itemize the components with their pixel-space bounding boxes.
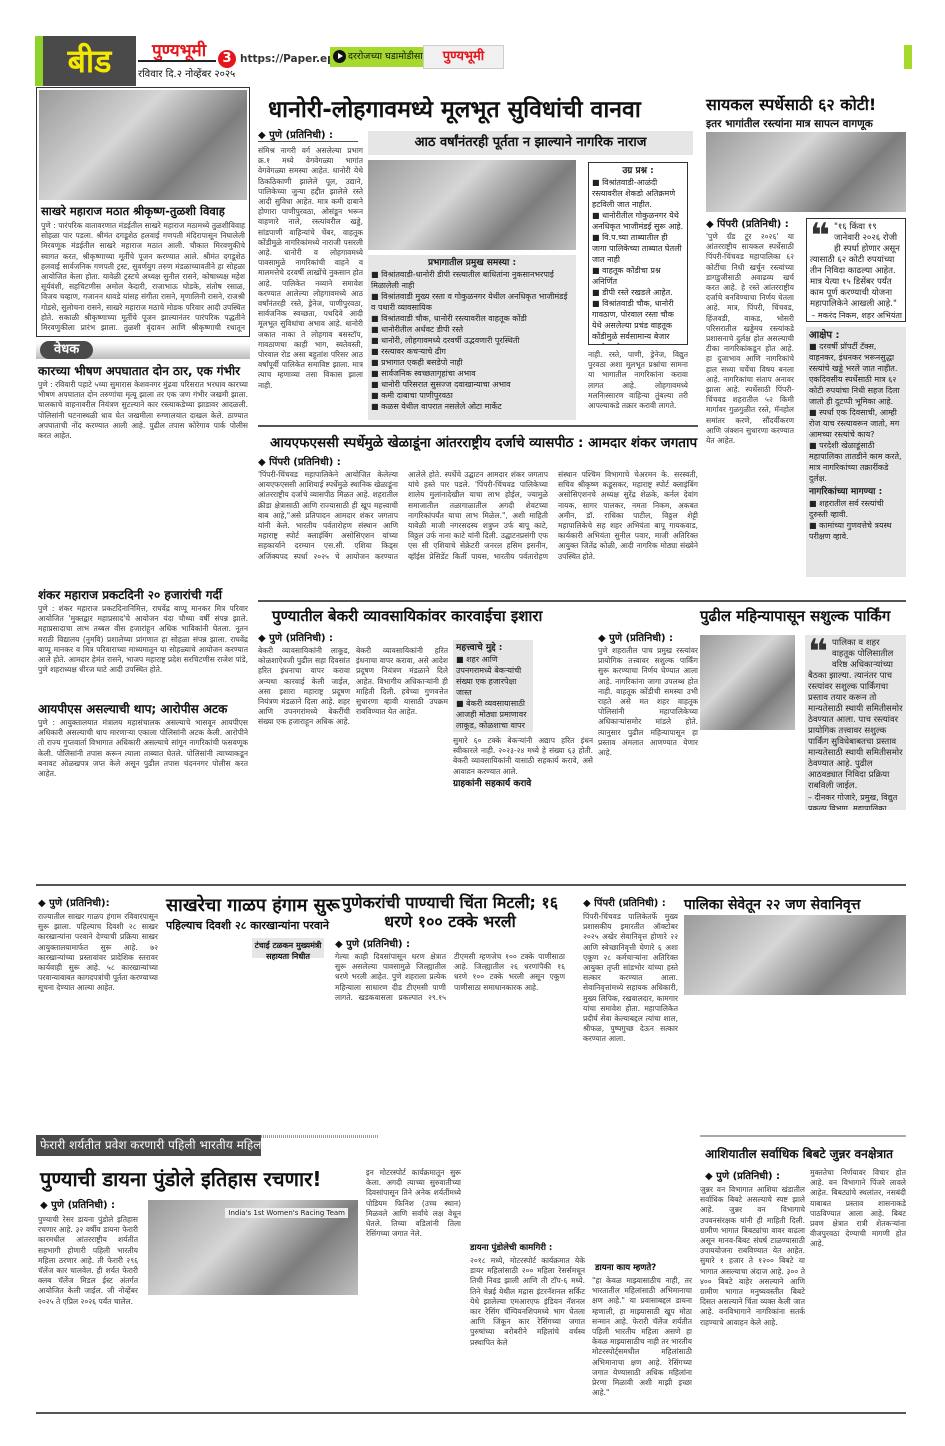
ifsc-body: 'पिंपरी-चिंचवड महापालिकेने आयोजित केलेल्…	[258, 470, 698, 588]
objection-item: ■ परदेशी खेळाडूंसाठी महापालिका तातडीने क…	[809, 440, 903, 484]
sakhre-body: पुणे : पारंपरिक वातावरणात मंडईतील साखरे …	[37, 221, 249, 333]
play-icon	[333, 50, 346, 63]
section-title: बीड जिल्हा	[43, 36, 136, 86]
point-item: ■ मोठ्या प्रमाणात धूर निर्माण होऊन हवेच्…	[456, 731, 530, 732]
photo-caption: India's 1st Women's Racing Team	[225, 1208, 348, 1218]
cycle-body: 'पुणे ग्रँड टूर २०२६' या आंतरराष्ट्रीय स…	[706, 232, 794, 577]
section-divider	[36, 884, 906, 886]
issue-item: ■ धानोरीतील अर्धवट डीपी रस्ते	[371, 324, 573, 335]
objection-item: ■ स्पर्धा एक दिवसाची, आम्ही रोज याच रस्त…	[809, 407, 903, 440]
leopard-body-cont: मुक्ततेचा निर्णयावर विचार होत आहे. वन वि…	[810, 1168, 906, 1410]
ifsc-dateline: ◆ पिंपरी (प्रतिनिधी) :	[258, 454, 341, 468]
vedhak-headline: कारच्या भीषण अपघातात दोन ठार, एक गंभीर	[38, 362, 240, 379]
ferrari-banner: फेरारी शर्यतीत प्रवेश करणारी पहिली भारती…	[36, 1135, 261, 1156]
dhanori-subheadline: आठ वर्षांनंतरही पूर्तता न झाल्याने नागरि…	[368, 131, 693, 155]
cycle-headline: सायकल स्पर्धेसाठी ६२ कोटी!	[706, 93, 876, 115]
ferrari-quote-title: डायना काय म्हणते?	[595, 1262, 656, 1273]
ferrari-headline: पुण्याची डायना पुंडोले इतिहास रचणार!	[40, 1165, 321, 1192]
sugar-headline: साखरेचा गाळप हंगाम सुरू	[166, 893, 340, 917]
issue-item: ■ कमी दाबाचा पाणीपुरवठा	[371, 390, 573, 401]
question-item: ■ वाहतूक कोंडीचा प्रश्न अनिर्णित	[592, 265, 684, 287]
cycle-dateline: ◆ पिंपरी (प्रतिनिधी) :	[706, 216, 789, 230]
expectation-item: ■ शहरातील सर्व रस्त्यांची दुरुस्ती व्हाव…	[809, 498, 903, 520]
bakery-points-box: महत्त्वाचे मुद्दे : ■ शहर आणि उपनगरामध्य…	[453, 640, 533, 732]
quote-author: – दीनकर गोजारे, प्रमुख, विद्युत प्रकल्प …	[808, 792, 903, 810]
page-bottom-rule	[36, 1412, 906, 1414]
expectations-title: नागरिकांच्या मागण्या :	[809, 487, 903, 498]
ferrari-photo: India's 1st Women's Racing Team	[148, 1200, 358, 1295]
dams-body: गेल्या काही दिवसांपासून धरण क्षेत्रात सु…	[335, 952, 565, 1122]
dhanori-questions-box: उग्र प्रश्न : ■ विश्रांतवाडी-आळंदी रस्त्…	[588, 162, 688, 345]
dhanori-dateline: ◆ पुणे (प्रतिनिधी) :	[258, 127, 333, 141]
section-divider	[700, 1135, 906, 1137]
ferrari-career-title: डायना पुंडोलेची कामगिरी :	[470, 1242, 552, 1253]
dams-headline: पुणेकरांची पाण्याची चिंता मिटली; १६ धरणे…	[340, 893, 560, 931]
ticker-banner[interactable]: दररोजच्या घडामोडीसाठी वाचत रहा...	[330, 47, 423, 67]
issue-date: रविवार दि.२ नोव्हेंबर २०२५	[138, 66, 235, 80]
bakery-body-cont: सुमारे ६० टक्के बेकऱ्यांनी अद्याप हरित इ…	[453, 736, 593, 774]
bakery-dateline: ◆ पुणे (प्रतिनिधी) :	[258, 630, 333, 644]
question-item: ■ डीपी रस्ते रखडले आहेत.	[592, 287, 684, 298]
ifsc-headline: आयएफएससी स्पर्धेमुळे खेळाडूंना आंतरराष्ट…	[270, 433, 697, 451]
leopard-dateline: ◆ पुणे (प्रतिनिधी) :	[705, 1168, 780, 1182]
point-item: ■ शहर आणि उपनगरामध्ये बेकऱ्यांची संख्या …	[456, 654, 530, 698]
retire-dateline: ◆ पिंपरी (प्रतिनिधी) :	[583, 895, 666, 909]
bakery-body: बेकरी व्यावसायिकांनी लाकूड, कोळशाऐवजी पु…	[258, 646, 448, 876]
cycle-objections-box: आक्षेप : ■ दरवर्षी प्रॉपर्टी टॅक्स, वाहन…	[806, 327, 906, 577]
cycle-subheadline: इतर भागांतील रस्त्यांना मात्र सापत्न वाग…	[706, 117, 873, 131]
sugar-dateline: ◆ पुणे (प्रतिनिधी):	[38, 895, 110, 909]
masthead-divider	[138, 60, 216, 62]
banner-pattern	[261, 1135, 379, 1138]
masthead-accent-bar	[35, 36, 43, 86]
shankar-headline: शंकर महाराज प्रकटदिनी २० हजारांची गर्दी	[38, 586, 222, 603]
question-item: ■ विश्रांतवाडी-आळंदी रस्त्यावरील शेकडो अ…	[592, 177, 684, 210]
sugar-box-title: टंचाई टळकन मुख्यमंत्री सहायता निधीत	[252, 938, 324, 958]
cycle-quote-box: ❝"१६ किंवा १९ जानेवारी २०२६ रोजी ही स्पर…	[806, 218, 906, 322]
retire-photo	[684, 915, 906, 995]
cycle-photo	[706, 132, 906, 212]
sugar-body: राज्यातील साखर गाळप हंगाम रविवारपासून सु…	[38, 912, 158, 1122]
retire-headline: पालिका सेवेतून २२ जण सेवानिवृत्त	[684, 895, 860, 914]
points-title: महत्त्वाचे मुद्दे :	[456, 643, 530, 654]
retire-body: पिंपरी-चिंचवड पालिकेतर्फे मुख्य प्रशासकी…	[583, 912, 678, 1122]
question-item: ■ वि.प.च्या ताब्यातील ही जागा पालिकेच्या…	[592, 232, 684, 265]
divider	[258, 141, 358, 142]
dams-dateline: ◆ पुणे (प्रतिनिधी) :	[335, 936, 410, 950]
ips-headline: आयपीएस असल्याची थाप; आरोपीस अटक	[38, 700, 227, 717]
question-item: ■ धानोरीतील गोकुळनगर येथे अनधिकृत भाजीमं…	[592, 210, 684, 232]
brand-logo[interactable]: पुण्यभूमी	[152, 38, 206, 61]
parking-quote-box: ❝पालिका व शहर वाहतूक पोलिसातील वरिष्ठ अध…	[805, 635, 906, 810]
section-divider	[258, 600, 906, 602]
section-divider	[258, 425, 698, 427]
quote-icon: ❝	[808, 638, 828, 666]
sakhre-headline: साखरे महाराज मठात श्रीकृष्ण-तुळशी विवाह	[37, 202, 249, 221]
vedhak-body: पुणे : रविवारी पहाटे ५च्या सुमारास केशवन…	[38, 380, 248, 580]
ips-body: पुणे : आयुक्तालयात मंत्रालय महासंचालक अस…	[38, 718, 248, 878]
issue-item: ■ विश्रांतवाडी मुख्य रस्ता व गोकुळनगर ये…	[371, 291, 573, 313]
page-number: 3	[218, 50, 236, 68]
quote-author: – मकरंद निकम, शहर अभियंता	[810, 310, 902, 321]
issue-item: ■ रस्त्यावर कचऱ्याचे ढीग	[371, 346, 573, 357]
sakhre-article-box: साखरे महाराज मठात श्रीकृष्ण-तुळशी विवाह …	[36, 87, 250, 337]
ferrari-body: पुण्याची रेसर डायना पुंडोले इतिहास रचणार…	[38, 1215, 138, 1415]
point-item: ■ बेकरी व्यवसायासाठी आजही मोठ्या प्रमाणा…	[456, 698, 530, 731]
objection-item: ■ दरवर्षी प्रॉपर्टी टॅक्स, वाहनकर, इंधनक…	[809, 341, 903, 407]
vedhak-tag: वेधक	[40, 341, 93, 359]
sakhre-photo	[39, 90, 247, 200]
dhanori-body-cont: नाही. रस्ते, पाणी, ड्रेनेज, विद्युत पुरव…	[588, 350, 688, 418]
parking-dateline: ◆ पुणे (प्रतिनिधी) :	[598, 630, 673, 644]
leopard-headline: आशियातील सर्वाधिक बिबटे जुन्नर वनक्षेत्र…	[705, 1145, 893, 1162]
issue-item: ■ विश्रांतवाडी चौक, धानोरी रस्त्यावरील व…	[371, 313, 573, 324]
sugar-subheadline: पहिल्याच दिवशी २८ कारखान्यांना परवाने	[166, 918, 329, 933]
question-item: ■ विश्रांतवाडी चौक, धानोरी गावठाण, पोरवा…	[592, 298, 684, 345]
epaper-thumbnail[interactable]: पुण्यभूमी	[423, 45, 504, 69]
objections-title: आक्षेप :	[809, 330, 903, 341]
parking-body: पुणे शहरातील पाच प्रमुख रस्त्यांवर प्राय…	[598, 646, 698, 876]
bakery-subtitle: ग्राहकांनी सहकार्य करावे	[453, 776, 531, 789]
parking-photo	[700, 635, 795, 730]
issue-item: ■ विश्रांतवाडी-धानोरी डीपी रस्त्यातील बा…	[371, 269, 573, 291]
dhanori-headline: धानोरी-लोहगावमध्ये मूलभूत सुविधांची वानव…	[268, 92, 641, 124]
dhanori-body: संमिश्र नागरी वर्ग असलेल्या प्रभाग क्र.१…	[258, 146, 363, 418]
bakery-headline: पुण्यातील बेकरी व्यावसायिकांवर कारवाईचा …	[272, 606, 542, 626]
issue-item: ■ प्रभागात एकही बसडेपो नाही	[371, 357, 573, 368]
quote-icon: ❝	[810, 222, 830, 250]
issue-item: ■ धानोरी, लोहगावमध्ये दरवर्षी उद्भवणारी …	[371, 335, 573, 346]
thumb-brand: पुण्यभूमी	[443, 49, 484, 64]
issue-item: ■ सार्वजनिक स्वच्छतागृहांचा अभाव	[371, 368, 573, 379]
leopard-body: जुन्नर वन विभागात आशिया खंडातील सर्वाधिक…	[700, 1185, 805, 1410]
expectation-item: ■ कामांच्या गुणवत्तेचे त्रयस्थ परीक्षण व…	[809, 520, 903, 542]
questions-title: उग्र प्रश्न :	[592, 166, 684, 177]
ferrari-quote: "हा केवळ माझ्यासाठीच नाही, तर भारतातील म…	[592, 1276, 692, 1406]
issue-item: ■ धानोरी परिसरात सुसज्ज दवाखान्याचा अभाव	[371, 379, 573, 390]
issue-item: ■ कळस येथील वापरात नसलेले ओटा मार्केट	[371, 401, 573, 412]
dhanori-issues-box: प्रभागातील प्रमुख समस्या : ■ विश्रांतवाड…	[368, 255, 576, 420]
issues-title: प्रभागातील प्रमुख समस्या :	[371, 258, 573, 269]
ferrari-career: २०१८ मध्ये, मोटरस्पोर्ट कार्यक्रमात येके…	[470, 1256, 585, 1406]
masthead-accent-right	[904, 45, 912, 69]
ferrari-dateline: ◆ पुणे (प्रतिनिधी) :	[40, 1197, 115, 1211]
shankar-body: पुणे : शंकर महाराज प्रकटदिनानिमित्त, राघ…	[38, 604, 248, 696]
dhanori-photo	[368, 160, 576, 250]
parking-headline: पुढील महिन्यापासून सशुल्क पार्किंग	[700, 606, 890, 626]
ticker-text: दररोजच्या घडामोडीसाठी वाचत रहा...	[348, 51, 423, 62]
ferrari-body-mid: इन मोटरस्पोर्ट कार्यक्रमातून सुरू केला. …	[366, 1168, 461, 1368]
